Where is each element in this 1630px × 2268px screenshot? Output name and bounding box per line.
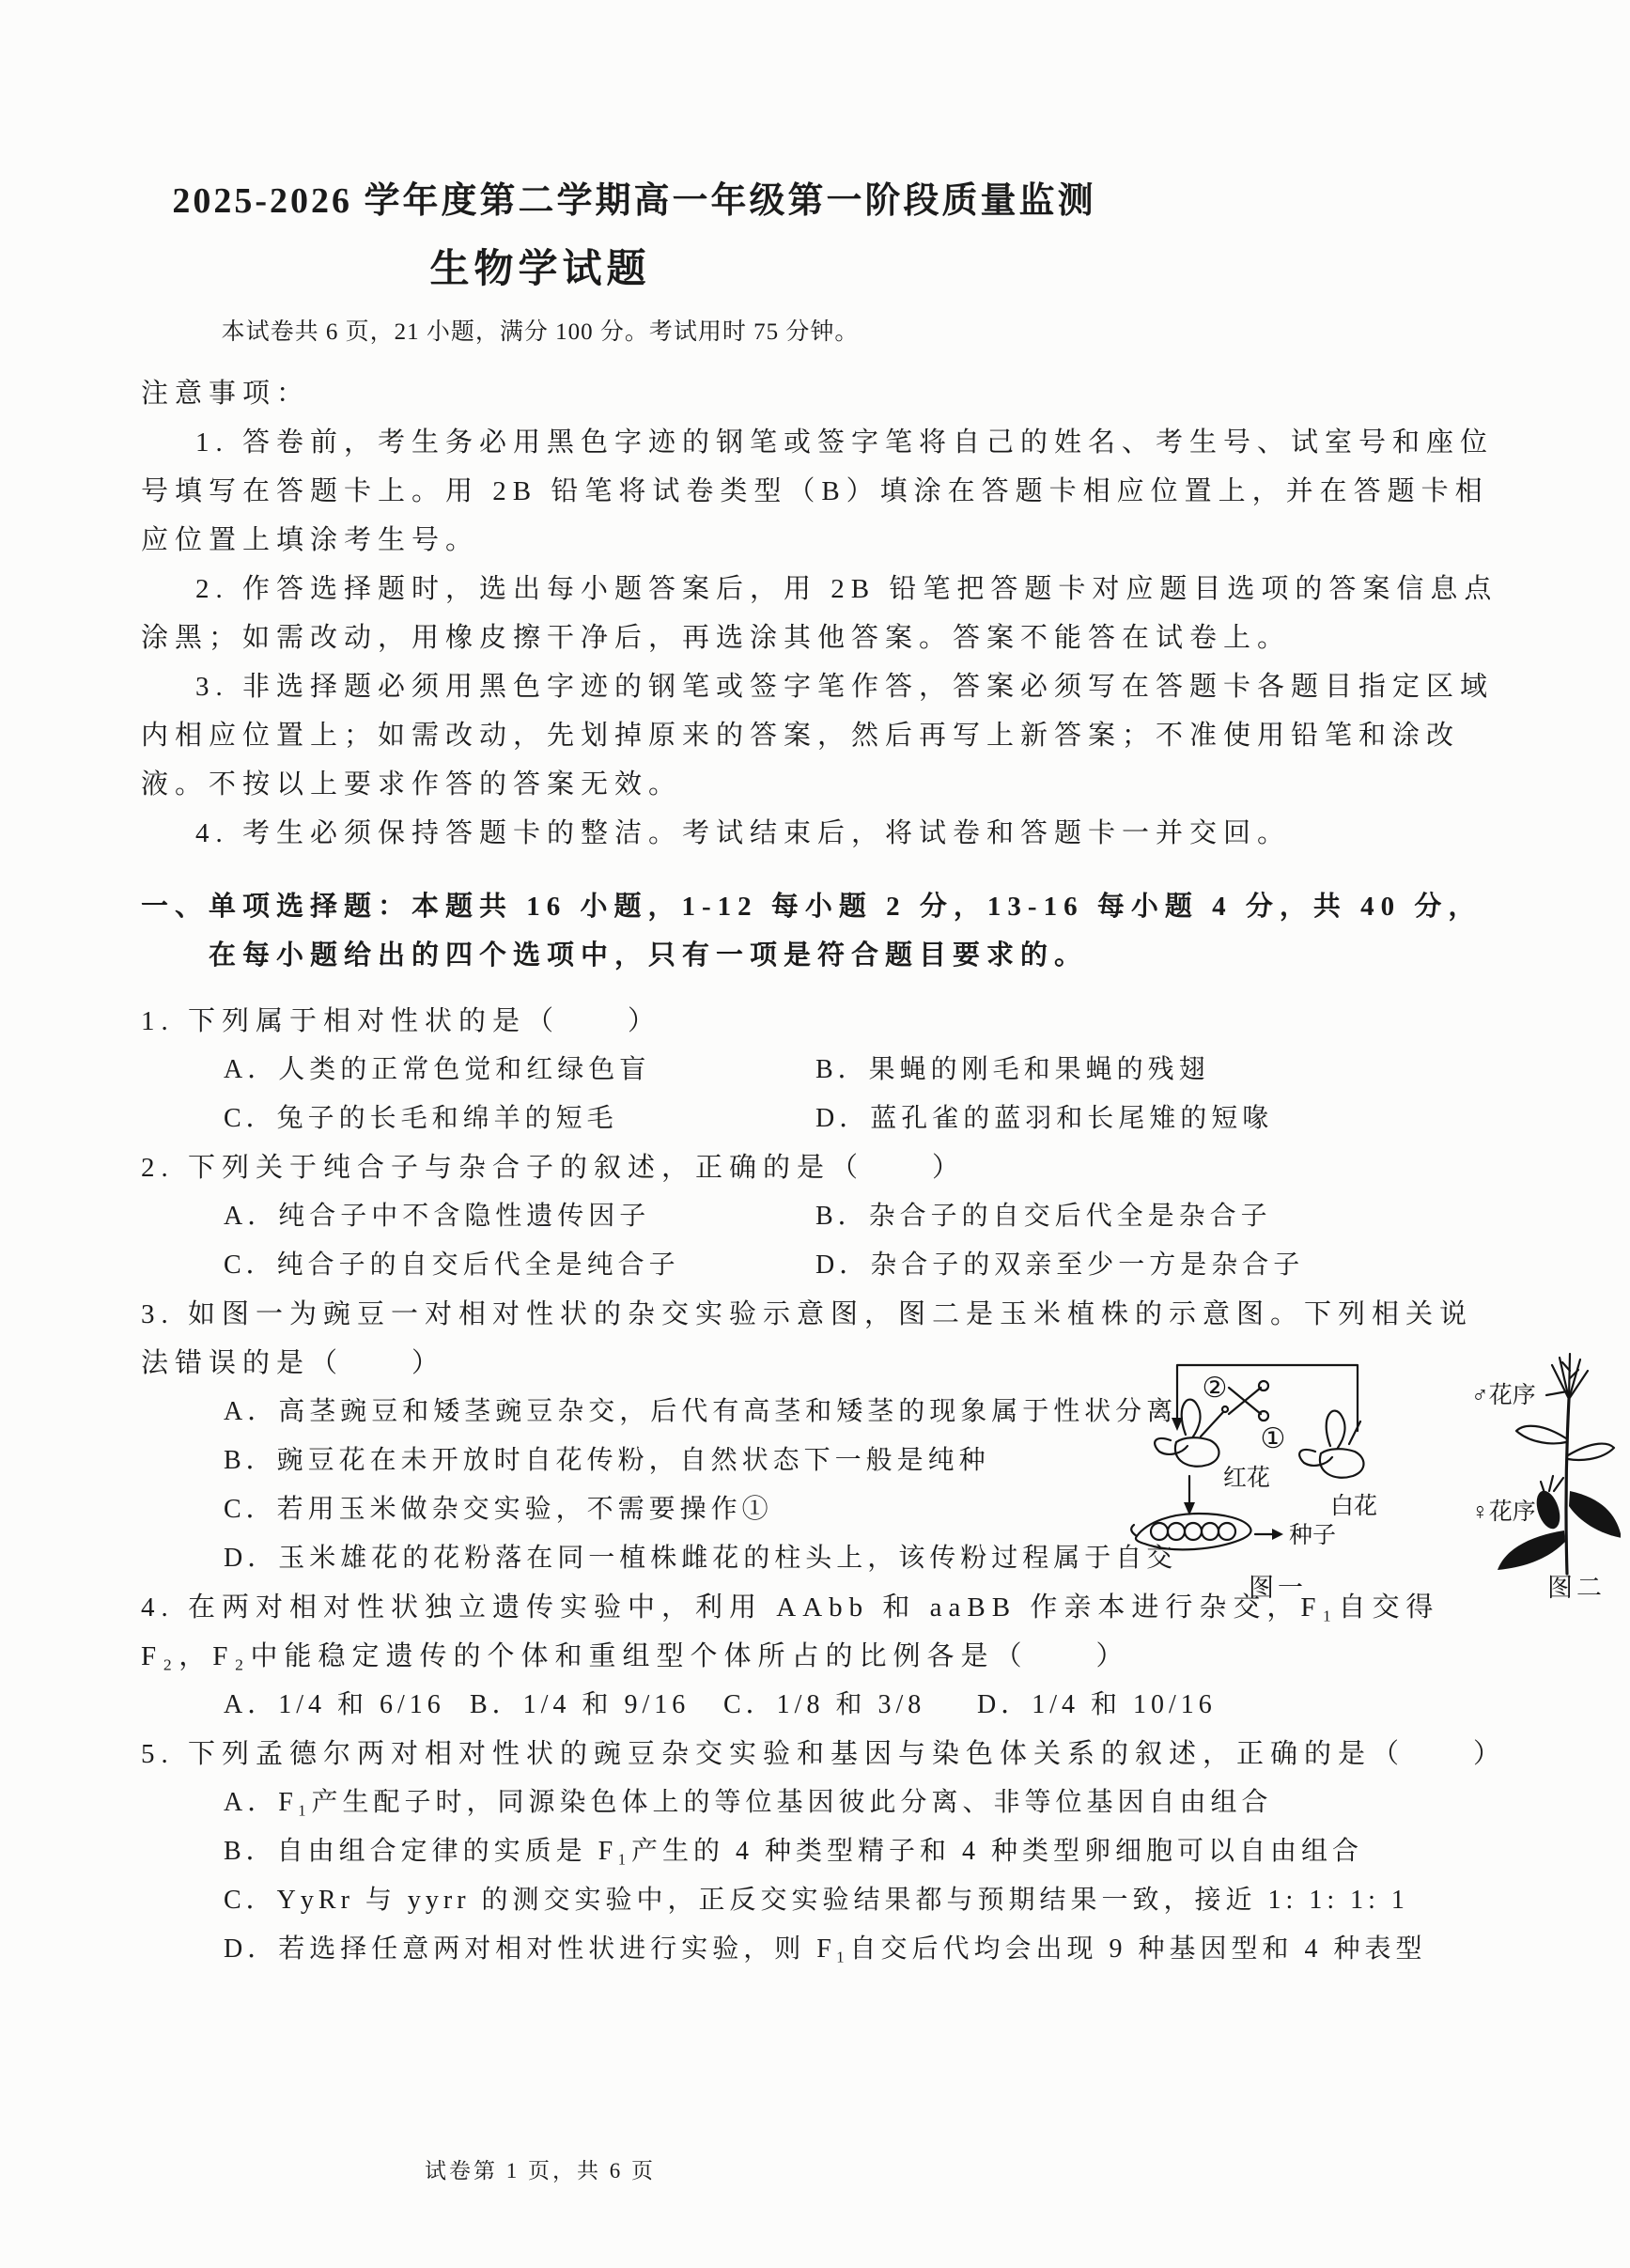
page-footer: 试卷第 1 页，共 6 页 [0,2153,1221,2184]
white-flower-icon [1299,1411,1363,1478]
exam-info: 本试卷共 6 页，21 小题，满分 100 分。考试用时 75 分钟。 [0,313,1221,347]
exam-paper: 2025-2026 学年度第二学期高一年级第一阶段质量监测 生物学试题 本试卷共… [0,0,1630,2268]
questions-list: 1. 下列属于相对性状的是（ ） A．人类的正常色觉和红绿色盲 B．果蝇的刚毛和… [141,997,1503,1974]
page-content: 2025-2026 学年度第二学期高一年级第一阶段质量监测 生物学试题 本试卷共… [141,0,1503,1974]
option-c: C．YyRr 与 yyrr 的测交实验中，正反交实验结果都与预期结果一致，接近 … [224,1876,1501,1925]
question-stem: 2. 下列关于纯合子与杂合子的叙述，正确的是（ ） [141,1143,1503,1192]
notice-item: 4. 考生必须保持答题卡的整洁。考试结束后，将试卷和答题卡一并交回。 [141,809,1503,858]
notice-item: 3. 非选择题必须用黑色字迹的钢笔或签字笔作答，答案必须写在答题卡各题目指定区域… [141,662,1503,809]
label-pointer-line [1546,1391,1567,1395]
question-1: 1. 下列属于相对性状的是（ ） A．人类的正常色觉和红绿色盲 B．果蝇的刚毛和… [141,997,1503,1143]
fig1-pea-cross-diagram: ② [1131,1365,1377,1602]
option-d: D．1/4 和 10/16 [977,1681,1217,1730]
notice-item: 1. 答卷前，考生务必用黑色字迹的钢笔或签字笔将自己的姓名、考生号、试室号和座位… [141,418,1503,565]
exam-title: 2025-2026 学年度第二学期高一年级第一阶段质量监测 [0,171,1315,223]
white-flower-label: 白花 [1330,1493,1377,1519]
title-block: 2025-2026 学年度第二学期高一年级第一阶段质量监测 生物学试题 本试卷共… [141,171,1503,347]
options-grid: A．纯合子中不含隐性遗传因子 B．杂合子的自交后代全是杂合子 C．纯合子的自交后… [141,1192,1503,1290]
option-a: A．F₁产生配子时，同源染色体上的等位基因彼此分离、非等位基因自由组合 [224,1779,1501,1827]
exam-subtitle: 生物学试题 [0,238,1221,294]
question-5: 5. 下列孟德尔两对相对性状的豌豆杂交实验和基因与染色体关系的叙述，正确的是（ … [141,1730,1503,1974]
male-inflorescence-label: ♂花序 [1471,1382,1536,1408]
option-a: A．高茎豌豆和矮茎豌豆杂交，后代有高茎和矮茎的现象属于性状分离 [224,1388,1191,1437]
option-a: A．纯合子中不含隐性遗传因子 [224,1192,815,1241]
option-b: B．果蝇的刚毛和果蝇的残翅 [815,1046,1503,1095]
female-inflorescence-label: ♀花序 [1471,1499,1536,1525]
option-d: D．蓝孔雀的蓝羽和长尾雉的短喙 [815,1095,1503,1143]
option-b: B．杂合子的自交后代全是杂合子 [815,1192,1503,1241]
option-d: D．玉米雄花的花粉落在同一植株雌花的柱头上，该传粉过程属于自交 [224,1534,1191,1583]
option-a: A．1/4 和 6/16 [224,1681,470,1730]
notices-section: 注意事项： 1. 答卷前，考生务必用黑色字迹的钢笔或签字笔将自己的姓名、考生号、… [141,369,1503,858]
right-arrowhead-icon [1272,1529,1283,1540]
step2-badge: ② [1203,1373,1228,1404]
notices-heading: 注意事项： [141,369,1503,418]
pea-pod-icon [1131,1514,1250,1549]
scissors-icon [1229,1381,1268,1421]
fig2-caption: 图二 [1547,1574,1606,1602]
question-3: 3. 如图一为豌豆一对相对性状的杂交实验示意图，图二是玉米植株的示意图。下列相关… [141,1290,1503,1583]
option-b: B．豌豆花在未开放时自花传粉，自然状态下一般是纯种 [224,1437,1191,1485]
option-c: C．纯合子的自交后代全是纯合子 [224,1241,815,1290]
options-stack: A．F₁产生配子时，同源染色体上的等位基因彼此分离、非等位基因自由组合 B．自由… [141,1779,1501,1974]
option-d: D．杂合子的双亲至少一方是杂合子 [815,1241,1503,1290]
question-stem: 5. 下列孟德尔两对相对性状的豌豆杂交实验和基因与染色体关系的叙述，正确的是（ … [141,1730,1503,1779]
seed-label: 种子 [1289,1522,1336,1548]
option-b: B．自由组合定律的实质是 F₁产生的 4 种类型精子和 4 种类型卵细胞可以自由… [224,1827,1501,1876]
red-flower-label: 红花 [1223,1465,1270,1491]
fig2-corn-plant-diagram: ♂花序 ♀花序 图二 [1471,1354,1621,1602]
options-row: A．1/4 和 6/16 B．1/4 和 9/16 C．1/8 和 3/8 D．… [141,1681,1503,1730]
options-grid: A．人类的正常色觉和红绿色盲 B．果蝇的刚毛和果蝇的残翅 C．兔子的长毛和绵羊的… [141,1046,1503,1143]
step1-badge: ① [1261,1423,1286,1454]
option-a: A．人类的正常色觉和红绿色盲 [224,1046,815,1095]
notice-item: 2. 作答选择题时，选出每小题答案后，用 2B 铅笔把答题卡对应题目选项的答案信… [141,565,1503,662]
section-heading: 一、单项选择题：本题共 16 小题，1-12 每小题 2 分，13-16 每小题… [141,882,1503,980]
option-c: C．兔子的长毛和绵羊的短毛 [224,1095,815,1143]
question-stem: 1. 下列属于相对性状的是（ ） [141,997,1503,1046]
q3-figure: ② [1080,1350,1621,1608]
question-2: 2. 下列关于纯合子与杂合子的叙述，正确的是（ ） A．纯合子中不含隐性遗传因子… [141,1143,1503,1290]
options-stack: A．高茎豌豆和矮茎豌豆杂交，后代有高茎和矮茎的现象属于性状分离 B．豌豆花在未开… [141,1388,1191,1583]
option-b: B．1/4 和 9/16 [470,1681,723,1730]
option-c: C．1/8 和 3/8 [723,1681,977,1730]
option-d: D．若选择任意两对相对性状进行实验，则 F₁自交后代均会出现 9 种基因型和 4… [224,1925,1501,1974]
red-flower-icon [1155,1400,1228,1467]
fig1-caption: 图一 [1249,1574,1307,1602]
option-c: C．若用玉米做杂交实验，不需要操作① [224,1485,1191,1534]
